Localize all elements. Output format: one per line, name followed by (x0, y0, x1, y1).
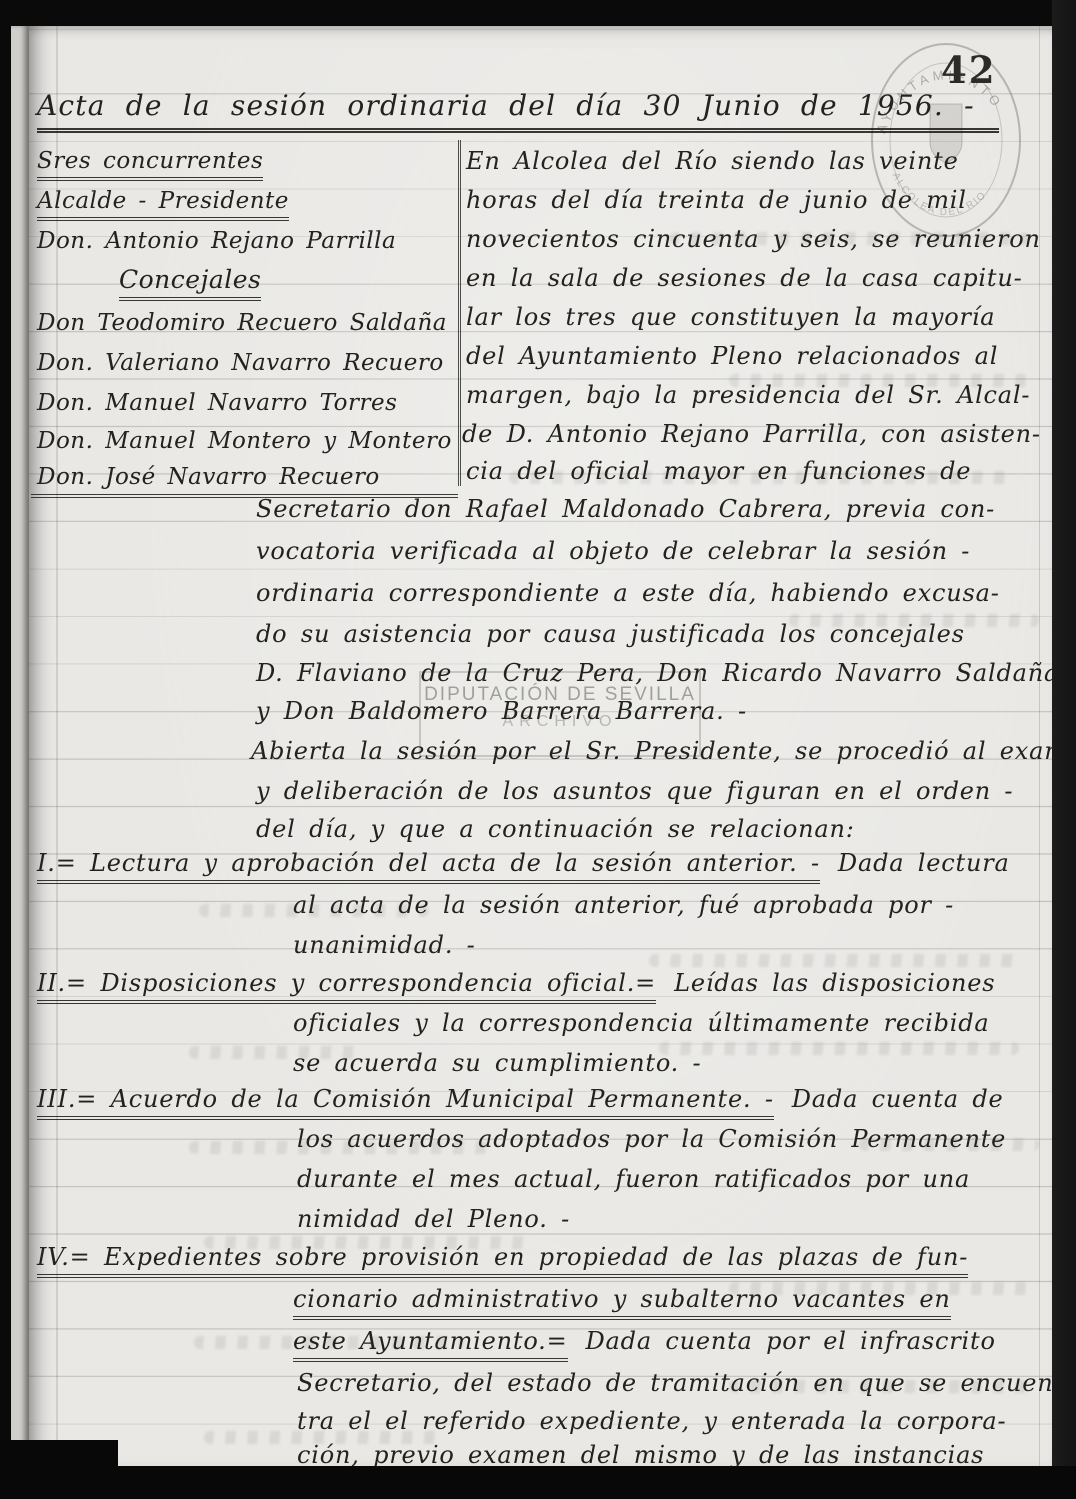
manuscript-line: horas del día treinta de junio de mil (466, 187, 967, 215)
councilors-header-text: Concejales (119, 265, 261, 301)
manuscript-line: lar los tres que constituyen la mayoría (466, 304, 995, 332)
section-heading-2-text: II.= Disposiciones y correspondencia ofi… (37, 969, 656, 1004)
session-title: Acta de la sesión ordinaria del día 30 J… (37, 90, 999, 133)
councilor-name: Don Teodomiro Recuero Saldaña (37, 310, 447, 336)
manuscript-line: durante el mes actual, fueron ratificado… (297, 1166, 970, 1194)
scan-edge-right (1052, 0, 1076, 1499)
attendees-header: Sres concurrentes (37, 148, 263, 174)
section-heading-3: III.= Acuerdo de la Comisión Municipal P… (37, 1086, 1004, 1114)
scanned-minutes-page: DIPUTACIÓN DE SEVILLA ARCHIVO AYUNTAMIEN… (0, 0, 1076, 1499)
manuscript-line: unanimidad. - (293, 932, 476, 960)
councilor-name: Don. Manuel Navarro Torres (37, 390, 397, 416)
bleed-through-marks (649, 954, 1019, 967)
manuscript-line: al acta de la sesión anterior, fué aprob… (293, 892, 954, 920)
manuscript-line: Abierta la sesión por el Sr. Presidente,… (251, 738, 1052, 766)
scan-edge-bottom-left-corner (0, 1440, 118, 1499)
section-heading-4: IV.= Expedientes sobre provisión en prop… (37, 1244, 968, 1272)
previous-page-edge (10, 24, 29, 1470)
councilor-name: Don. José Navarro Recuero (37, 464, 380, 490)
manuscript-line: y deliberación de los asuntos que figura… (256, 778, 1013, 806)
manuscript-line: En Alcolea del Río siendo las veinte (466, 148, 959, 176)
manuscript-line: ción, previo examen del mismo y de las i… (297, 1442, 984, 1468)
manuscript-line: margen, bajo la presidencia del Sr. Alca… (466, 382, 1030, 410)
president-name: Don. Antonio Rejano Parrilla (37, 228, 396, 254)
councilor-name: Don. Manuel Montero y Montero (37, 428, 452, 454)
section-heading-4-text: IV.= Expedientes sobre provisión en prop… (37, 1243, 968, 1278)
manuscript-line: ordinaria correspondiente a este día, ha… (256, 580, 1000, 608)
attendees-header-text: Sres concurrentes (37, 148, 263, 181)
manuscript-line: vocatoria verificada al objeto de celebr… (256, 538, 970, 566)
manuscript-line: en la sala de sesiones de la casa capitu… (466, 265, 1023, 293)
section-heading-3-tail: Dada cuenta de (792, 1085, 1004, 1113)
section-heading-2: II.= Disposiciones y correspondencia ofi… (37, 970, 995, 998)
manuscript-line: cia del oficial mayor en funciones de (466, 458, 971, 486)
section-heading-2-tail: Leídas las disposiciones (674, 969, 995, 997)
section-heading-4-tail: Dada cuenta por el infrascrito (586, 1327, 996, 1355)
manuscript-line: do su asistencia por causa justificada l… (256, 621, 965, 649)
manuscript-line: y Don Baldomero Barrera Barrera. - (256, 698, 747, 726)
section-heading-4-line3: este Ayuntamiento.=Dada cuenta por el in… (293, 1328, 996, 1356)
manuscript-line: oficiales y la correspondencia últimamen… (293, 1010, 989, 1038)
manuscript-line: nimidad del Pleno. - (297, 1206, 570, 1234)
scan-edge-bottom (0, 1466, 1076, 1499)
manuscript-line: D. Flaviano de la Cruz Pera, Don Ricardo… (256, 660, 1052, 688)
section-heading-1-text: I.= Lectura y aprobación del acta de la … (37, 849, 820, 884)
manuscript-line: del día, y que a continuación se relacio… (256, 816, 855, 844)
manuscript-line: de D. Antonio Rejano Parrilla, con asist… (462, 421, 1041, 449)
bleed-through-marks (659, 1042, 1019, 1055)
manuscript-line: se acuerda su cumplimiento. - (293, 1050, 701, 1078)
section-heading-4-line2: cionario administrativo y subalterno vac… (293, 1286, 951, 1314)
section-heading-3-text: III.= Acuerdo de la Comisión Municipal P… (37, 1085, 774, 1120)
section-heading-4-line3-text: este Ayuntamiento.= (293, 1327, 568, 1362)
councilors-header: Concejales (119, 266, 261, 295)
manuscript-line: Secretario don Rafael Maldonado Cabrera,… (256, 496, 995, 524)
scan-edge-left (0, 0, 11, 1499)
manuscript-line: del Ayuntamiento Pleno relacionados al (466, 343, 998, 371)
section-heading-1-tail: Dada lectura (838, 849, 1010, 877)
scan-edge-top (0, 0, 1076, 26)
notebook-page: DIPUTACIÓN DE SEVILLA ARCHIVO AYUNTAMIEN… (29, 26, 1052, 1468)
manuscript-line: tra el el referido expediente, y enterad… (297, 1408, 1006, 1436)
manuscript-line: novecientos cincuenta y seis, se reunier… (466, 226, 1041, 254)
manuscript-line: Secretario, del estado de tramitación en… (297, 1370, 1052, 1398)
president-header: Alcalde - Presidente (37, 188, 289, 214)
page-number: 42 (941, 48, 997, 92)
section-heading-4-line2-text: cionario administrativo y subalterno vac… (293, 1285, 951, 1320)
manuscript-line: los acuerdos adoptados por la Comisión P… (297, 1126, 1006, 1154)
margin-divider-line (458, 140, 461, 486)
president-header-text: Alcalde - Presidente (37, 188, 289, 221)
section-heading-1: I.= Lectura y aprobación del acta de la … (37, 850, 1010, 878)
councilor-name: Don. Valeriano Navarro Recuero (37, 350, 444, 376)
